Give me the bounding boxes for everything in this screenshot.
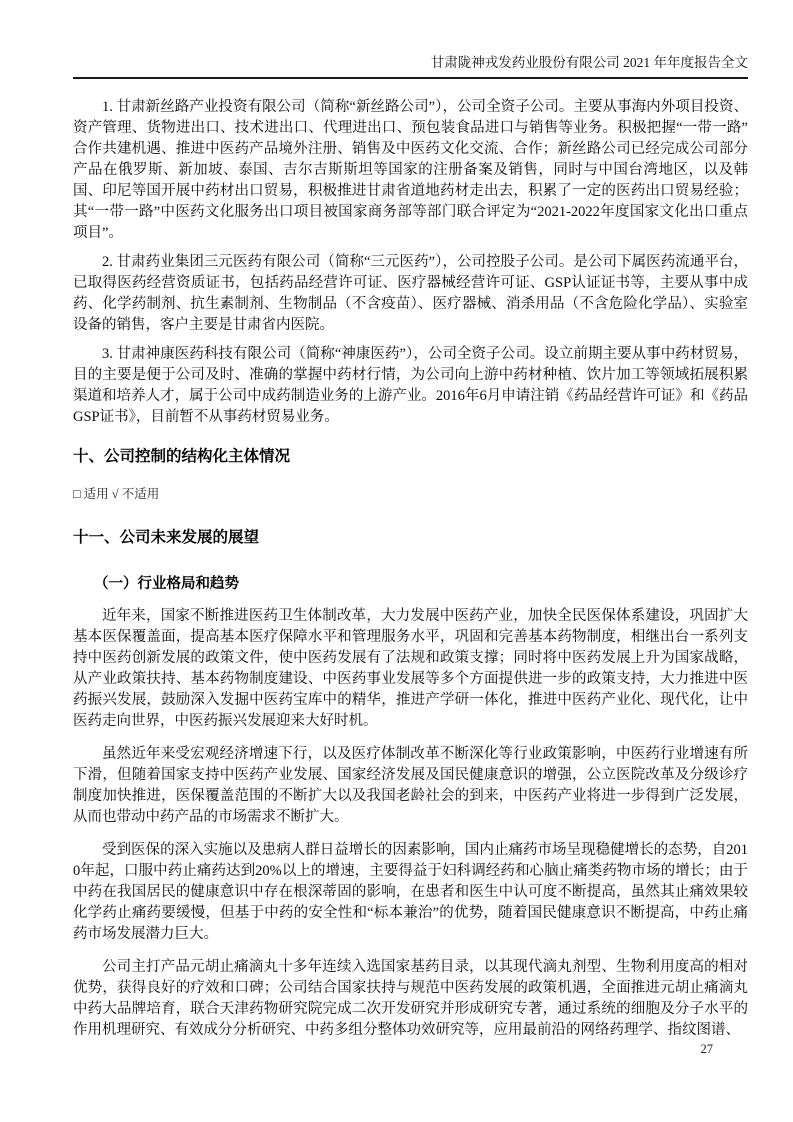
section-heading-future-outlook: 十一、公司未来发展的展望 bbox=[73, 527, 748, 548]
section-heading-structured-entities: 十、公司控制的结构化主体情况 bbox=[73, 446, 748, 467]
page-number: 27 bbox=[701, 1042, 714, 1057]
applicability-note: □ 适用 √ 不适用 bbox=[73, 486, 748, 503]
header-title: 甘肃陇神戎发药业股份有限公司 2021 年年度报告全文 bbox=[431, 55, 748, 70]
document-body: 1. 甘肃新丝路产业投资有限公司（简称“新丝路公司”），公司全资子公司。主要从事… bbox=[0, 97, 793, 1041]
paragraph-subsidiary-2: 2. 甘肃药业集团三元医药有限公司（简称“三元医药”），公司控股子公司。是公司下… bbox=[73, 252, 748, 336]
page-header: 甘肃陇神戎发药业股份有限公司 2021 年年度报告全文 bbox=[0, 0, 793, 77]
paragraph-subsidiary-1: 1. 甘肃新丝路产业投资有限公司（简称“新丝路公司”），公司全资子公司。主要从事… bbox=[73, 97, 748, 244]
paragraph-flagship-product: 公司主打产品元胡止痛滴丸十多年连续入选国家基药目录，以其现代滴丸剂型、生物利用度… bbox=[73, 957, 748, 1041]
paragraph-industry-growth: 虽然近年来受宏观经济增速下行，以及医疗体制改革不断深化等行业政策影响，中医药行业… bbox=[73, 744, 748, 828]
paragraph-industry-policy: 近年来，国家不断推进医药卫生体制改革，大力发展中医药产业，加快全民医保体系建设，… bbox=[73, 606, 748, 732]
subsection-heading-industry-trends: （一）行业格局和趋势 bbox=[73, 574, 748, 594]
paragraph-subsidiary-3: 3. 甘肃神康医药科技有限公司（简称“神康医药”），公司全资子公司。设立前期主要… bbox=[73, 344, 748, 428]
header-rule-divider bbox=[73, 77, 748, 79]
paragraph-painkiller-market: 受到医保的深入实施以及患病人群日益增长的因素影响，国内止痛药市场呈现稳健增长的态… bbox=[73, 840, 748, 945]
document-page: 甘肃陇神戎发药业股份有限公司 2021 年年度报告全文 1. 甘肃新丝路产业投资… bbox=[0, 0, 793, 1122]
